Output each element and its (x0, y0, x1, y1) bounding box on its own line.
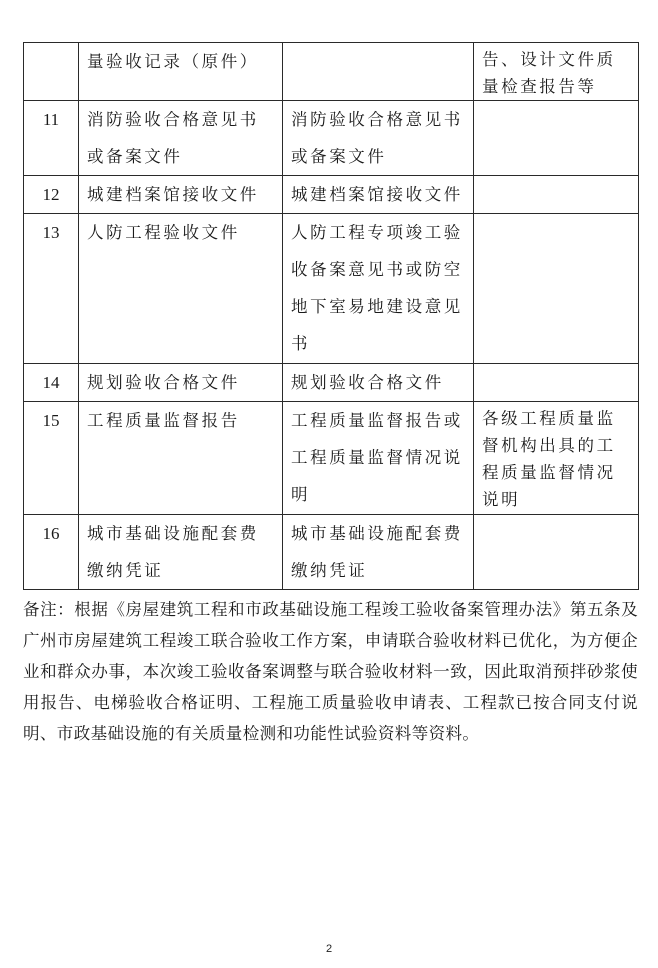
table-row: 12 城建档案馆接收文件 城建档案馆接收文件 (24, 176, 639, 214)
material-cell: 人防工程验收文件 (79, 214, 283, 364)
adjusted-material-cell: 消防验收合格意见书或备案文件 (283, 101, 474, 176)
remark-paragraph: 备注：根据《房屋建筑工程和市政基础设施工程竣工验收备案管理办法》第五条及广州市房… (23, 594, 638, 749)
acceptance-materials-table: 量验收记录（原件） 告、设计文件质量检查报告等 11 消防验收合格意见书或备案文… (23, 42, 639, 590)
page-number: 2 (0, 943, 658, 955)
row-number: 13 (24, 214, 79, 364)
note-cell (474, 101, 639, 176)
table-row: 15 工程质量监督报告 工程质量监督报告或工程质量监督情况说明 各级工程质量监督… (24, 402, 639, 515)
adjusted-material-cell: 人防工程专项竣工验收备案意见书或防空地下室易地建设意见书 (283, 214, 474, 364)
adjusted-material-cell: 工程质量监督报告或工程质量监督情况说明 (283, 402, 474, 515)
table-row: 14 规划验收合格文件 规划验收合格文件 (24, 364, 639, 402)
note-cell: 告、设计文件质量检查报告等 (474, 43, 639, 101)
material-cell: 消防验收合格意见书或备案文件 (79, 101, 283, 176)
row-number: 15 (24, 402, 79, 515)
table-row: 量验收记录（原件） 告、设计文件质量检查报告等 (24, 43, 639, 101)
row-number: 14 (24, 364, 79, 402)
table-row: 13 人防工程验收文件 人防工程专项竣工验收备案意见书或防空地下室易地建设意见书 (24, 214, 639, 364)
material-cell: 城建档案馆接收文件 (79, 176, 283, 214)
material-cell: 城市基础设施配套费缴纳凭证 (79, 515, 283, 590)
material-cell: 工程质量监督报告 (79, 402, 283, 515)
row-number: 16 (24, 515, 79, 590)
row-number (24, 43, 79, 101)
table-row: 11 消防验收合格意见书或备案文件 消防验收合格意见书或备案文件 (24, 101, 639, 176)
note-cell (474, 214, 639, 364)
note-cell (474, 364, 639, 402)
adjusted-material-cell (283, 43, 474, 101)
row-number: 12 (24, 176, 79, 214)
note-cell (474, 515, 639, 590)
note-cell: 各级工程质量监督机构出具的工程质量监督情况说明 (474, 402, 639, 515)
material-cell: 规划验收合格文件 (79, 364, 283, 402)
adjusted-material-cell: 城市基础设施配套费缴纳凭证 (283, 515, 474, 590)
note-cell (474, 176, 639, 214)
table-row: 16 城市基础设施配套费缴纳凭证 城市基础设施配套费缴纳凭证 (24, 515, 639, 590)
row-number: 11 (24, 101, 79, 176)
adjusted-material-cell: 规划验收合格文件 (283, 364, 474, 402)
material-cell: 量验收记录（原件） (79, 43, 283, 101)
adjusted-material-cell: 城建档案馆接收文件 (283, 176, 474, 214)
